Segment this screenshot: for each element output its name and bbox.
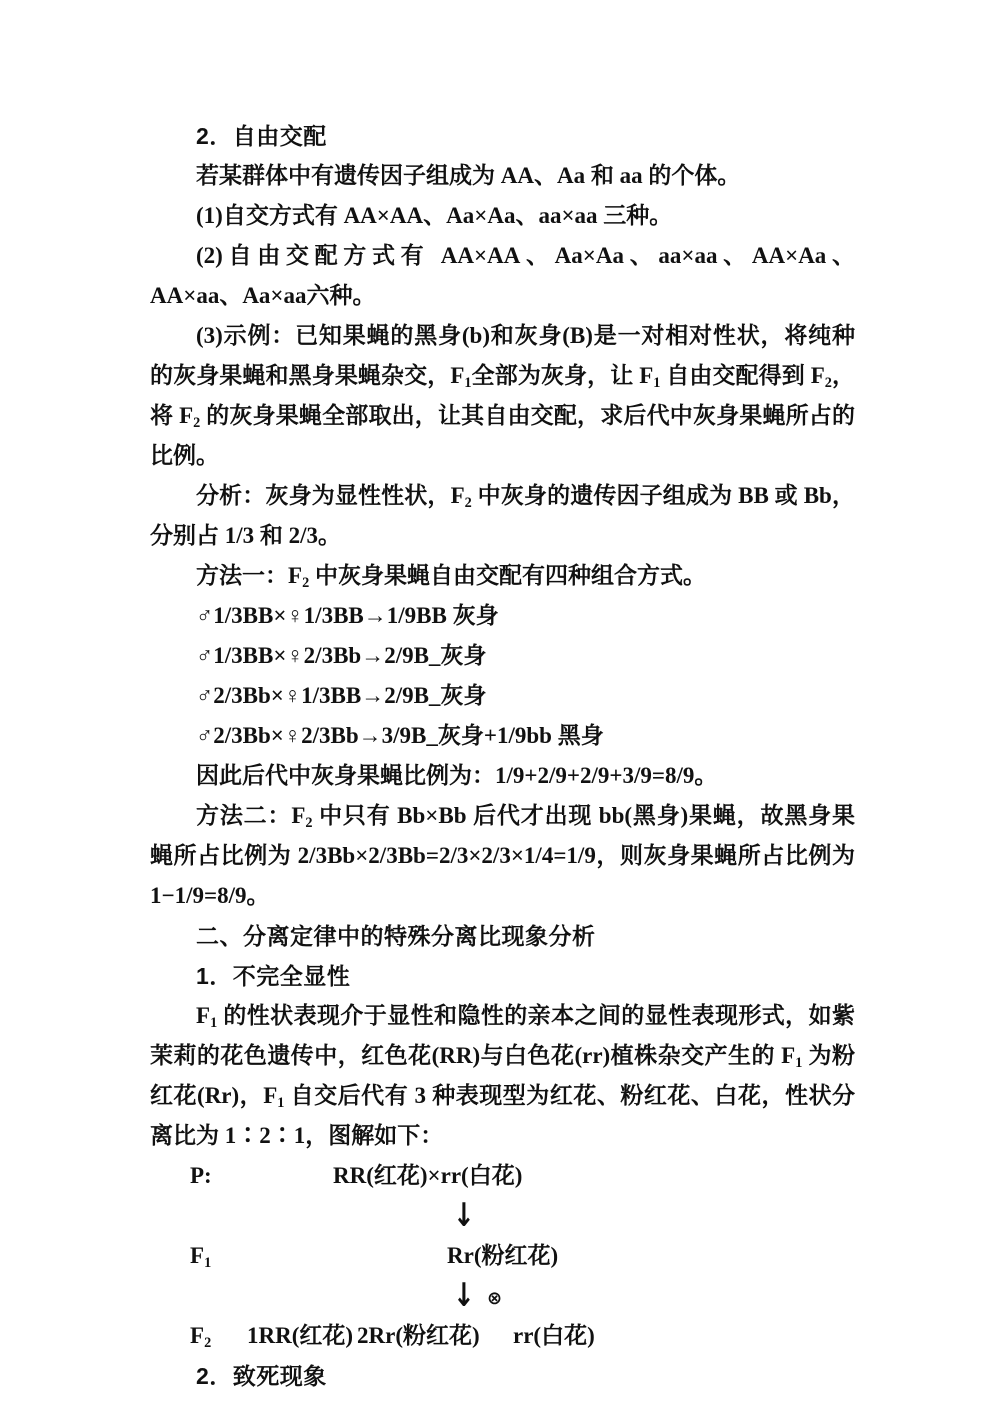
diagram-row-f1: F1 Rr(粉红花) [150,1236,855,1276]
document-content: 2．自由交配 若某群体中有遗传因子组成为 AA、Aa 和 aa 的个体。 (1)… [150,116,855,1396]
f2-item-pink-flower: 2Rr(粉红花) [357,1316,480,1356]
para-free-mating-ways: (2)自由交配方式有 AA×AA、Aa×Aa、aa×aa、AA×Aa、AA×aa… [150,236,855,316]
para-method1-conclusion: 因此后代中灰身果蝇比例为：1/9+2/9+2/9+3/9=8/9。 [150,756,855,796]
f1-generation-label: F1 [190,1236,211,1276]
f2-generation-label: F2 [190,1316,211,1356]
cross-line-2: ♂1/3BB×♀2/3Bb→2/9B_灰身 [150,636,855,676]
p-generation-label: P: [190,1156,212,1196]
para-fruit-fly-example: (3)示例：已知果蝇的黑身(b)和灰身(B)是一对相对性状，将纯种的灰身果蝇和黑… [150,316,855,476]
cross-line-3: ♂2/3Bb×♀1/3BB→2/9B_灰身 [150,676,855,716]
p-cross-text: RR(红花)×rr(白花) [333,1156,522,1196]
para-method1-intro: 方法一：F2 中灰身果蝇自由交配有四种组合方式。 [150,556,855,596]
para-analysis: 分析：灰身为显性性状，F2 中灰身的遗传因子组成为 BB 或 Bb，分别占 1/… [150,476,855,556]
para-self-cross-ways: (1)自交方式有 AA×AA、Aa×Aa、aa×aa 三种。 [150,196,855,236]
f1-result-text: Rr(粉红花) [447,1236,558,1276]
para-incomplete-dominance: F1 的性状表现介于显性和隐性的亲本之间的显性表现形式，如紫茉莉的花色遗传中，红… [150,996,855,1156]
heading-lethal-phenomenon: 2．致死现象 [150,1356,855,1396]
diagram-row-f2: F2 1RR(红花) 2Rr(粉红花) rr(白花) [150,1316,855,1356]
diagram-row-arrow-2: ↓ ⊗ [150,1276,855,1316]
diagram-row-arrow-1: ↓ [150,1196,855,1236]
document-page: 2．自由交配 若某群体中有遗传因子组成为 AA、Aa 和 aa 的个体。 (1)… [0,0,1000,1414]
cross-line-4: ♂2/3Bb×♀2/3Bb→3/9B_灰身+1/9bb 黑身 [150,716,855,756]
para-population-intro: 若某群体中有遗传因子组成为 AA、Aa 和 aa 的个体。 [150,156,855,196]
heading-section-two: 二、分离定律中的特殊分离比现象分析 [150,916,855,956]
diagram-row-p: P: RR(红花)×rr(白花) [150,1156,855,1196]
down-arrow-icon: ↓ [453,1196,475,1237]
self-cross-icon: ⊗ [487,1279,502,1319]
down-arrow-icon: ↓ [453,1276,475,1317]
down-arrow-glyph: ↓ [453,1271,475,1321]
f2-item-white-flower: rr(白花) [513,1316,595,1356]
cross-line-1: ♂1/3BB×♀1/3BB→1/9BB 灰身 [150,596,855,636]
para-method2: 方法二：F2 中只有 Bb×Bb 后代才出现 bb(黑身)果蝇，故黑身果蝇所占比… [150,796,855,916]
heading-incomplete-dominance: 1．不完全显性 [150,956,855,996]
down-arrow-glyph: ↓ [453,1191,475,1241]
heading-free-mating: 2．自由交配 [150,116,855,156]
f2-item-red-flower: 1RR(红花) [247,1316,353,1356]
